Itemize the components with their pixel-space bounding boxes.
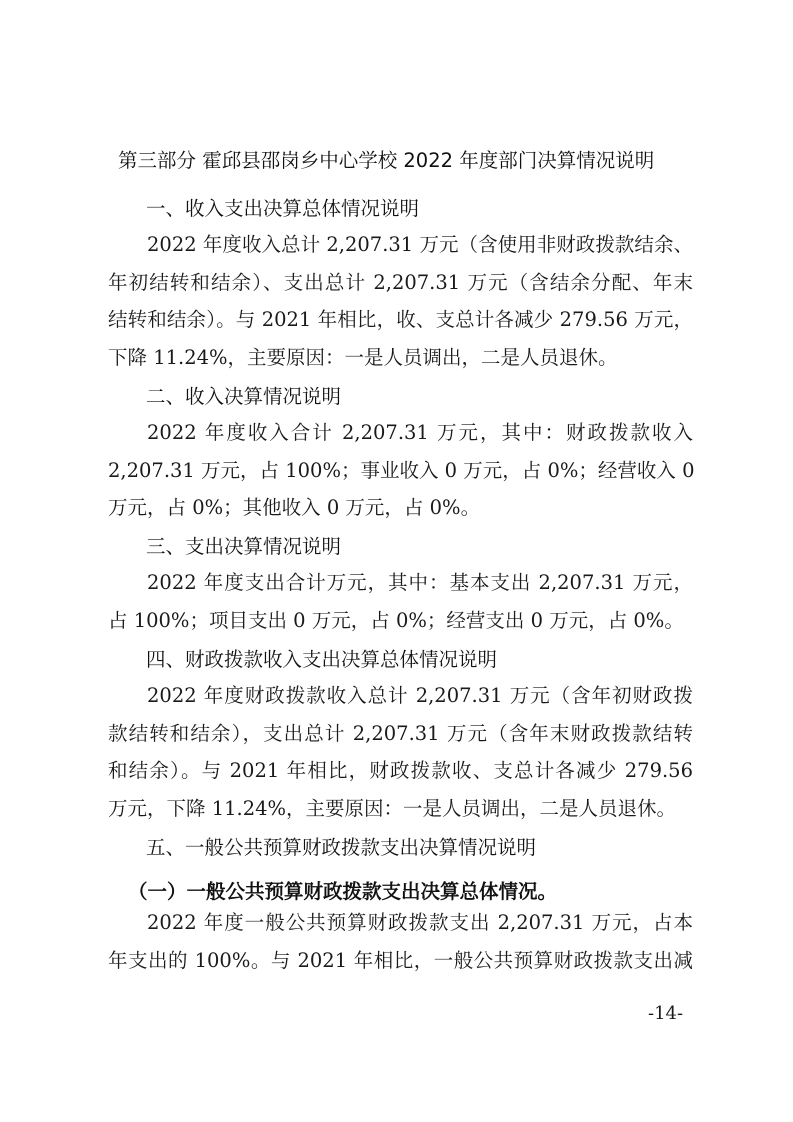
paragraph-line: 2022 年度一般公共预算财政拨款支出 2,207.31 万元，占本 [108,904,693,942]
paragraph-line: 占 100%；项目支出 0 万元，占 0%；经营支出 0 万元，占 0%。 [108,602,693,640]
section-paragraph-1: 2022 年度收入总计 2,207.31 万元（含使用非财政拨款结余、 年初结转… [108,226,693,376]
section-paragraph-3: 2022 年度支出合计万元，其中：基本支出 2,207.31 万元， 占 100… [108,564,693,639]
paragraph-line: 结转和结余）。与 2021 年相比，收、支总计各减少 279.56 万元， [108,301,693,339]
paragraph-line: 款结转和结余），支出总计 2,207.31 万元（含年末财政拨款结转 [108,715,693,753]
page-title: 第三部分 霍邱县邵岗乡中心学校 2022 年度部门决算情况说明 [118,145,718,173]
paragraph-line: 万元，占 0%；其他收入 0 万元，占 0%。 [108,489,693,527]
section-paragraph-2: 2022 年度收入合计 2,207.31 万元，其中：财政拨款收入 2,207.… [108,414,693,527]
paragraph-line: 2,207.31 万元，占 100%；事业收入 0 万元，占 0%；经营收入 0 [108,452,693,490]
section-heading-5: 五、一般公共预算财政拨款支出决算情况说明 [146,832,536,860]
section-heading-2: 二、收入决算情况说明 [146,381,341,409]
paragraph-line: 2022 年度收入总计 2,207.31 万元（含使用非财政拨款结余、 [108,226,693,264]
paragraph-line: 2022 年度支出合计万元，其中：基本支出 2,207.31 万元， [108,564,693,602]
paragraph-line: 年初结转和结余）、支出总计 2,207.31 万元（含结余分配、年末 [108,264,693,302]
section-paragraph-4: 2022 年度财政拨款收入总计 2,207.31 万元（含年初财政拨 款结转和结… [108,677,693,827]
section-heading-1: 一、收入支出决算总体情况说明 [146,193,419,221]
section-heading-3: 三、支出决算情况说明 [146,531,341,559]
paragraph-line: 年支出的 100%。与 2021 年相比，一般公共预算财政拨款支出减 [108,942,693,980]
document-page: 第三部分 霍邱县邵岗乡中心学校 2022 年度部门决算情况说明 一、收入支出决算… [0,0,793,1122]
paragraph-line: 万元，下降 11.24%，主要原因：一是人员调出，二是人员退休。 [108,790,693,828]
subsection-heading-5-1: （一）一般公共预算财政拨款支出决算总体情况。 [128,876,557,904]
section-heading-4: 四、财政拨款收入支出决算总体情况说明 [146,644,497,672]
paragraph-line: 2022 年度收入合计 2,207.31 万元，其中：财政拨款收入 [108,414,693,452]
paragraph-line: 2022 年度财政拨款收入总计 2,207.31 万元（含年初财政拨 [108,677,693,715]
page-number: -14- [648,1003,683,1024]
paragraph-line: 下降 11.24%，主要原因：一是人员调出，二是人员退休。 [108,339,693,377]
paragraph-line: 和结余）。与 2021 年相比，财政拨款收、支总计各减少 279.56 [108,752,693,790]
section-paragraph-5: 2022 年度一般公共预算财政拨款支出 2,207.31 万元，占本 年支出的 … [108,904,693,979]
